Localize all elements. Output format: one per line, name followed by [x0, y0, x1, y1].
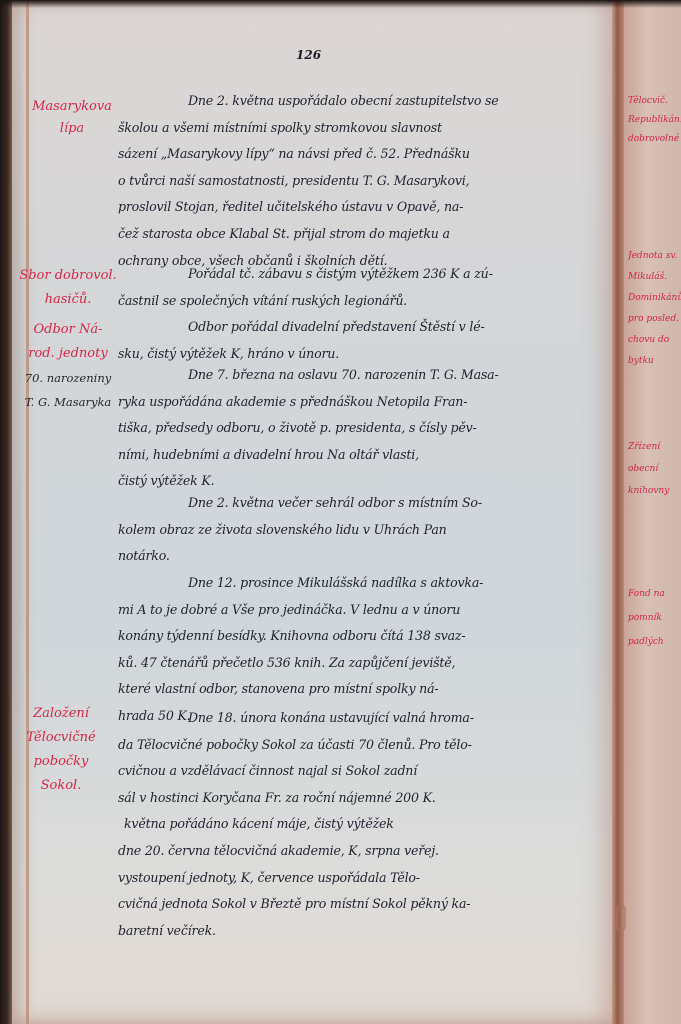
body-line: da Tělocvičné pobočky Sokol za účasti 70… [118, 732, 596, 759]
margin-note-line: Tělocvičné [16, 726, 106, 750]
page-clip-mark [616, 905, 626, 931]
right-note-line: Mikuláš. [628, 267, 681, 288]
body-section-sokol: Dne 18. února konána ustavující valná hr… [118, 705, 596, 944]
margin-note-line: lípa [22, 118, 122, 140]
body-line: ními, hudebními a divadelní hrou Na oltá… [118, 442, 596, 469]
right-note-line: Jednota sv. [628, 246, 681, 267]
body-line: notárko. [118, 543, 596, 570]
top-shadow [0, 0, 681, 8]
right-note-line: Dominikánů [628, 288, 681, 309]
body-line: Dne 12. prosince Mikulášská nadílka s ak… [118, 570, 596, 597]
body-section-hasici: Pořádal tč. zábavu s čistým výtěžkem 236… [118, 261, 596, 314]
body-line: ryka uspořádána akademie s přednáškou Ne… [118, 389, 596, 416]
margin-note-line: hasičů. [16, 288, 120, 312]
body-line: Dne 2. května večer sehrál odbor s místn… [118, 490, 596, 517]
body-line: sázení „Masarykovy lípy“ na návsi před č… [118, 141, 596, 168]
body-line: Pořádal tč. zábavu s čistým výtěžkem 236… [118, 261, 596, 288]
margin-note-line: T. G. Masaryka [14, 390, 122, 414]
margin-note-line: 70. narozeniny [14, 366, 122, 390]
margin-note-line: Sokol. [16, 774, 106, 798]
right-note-line: Republikán. [628, 111, 681, 130]
body-line: května pořádáno kácení máje, čistý výtěž… [118, 811, 596, 838]
body-line: tiška, předsedy odboru, o životě p. pres… [118, 415, 596, 442]
margin-note-line: Masarykova [22, 96, 122, 118]
body-line: Odbor pořádal divadelní představení Štěs… [118, 314, 596, 341]
body-section-pan-notarko: Dne 2. května večer sehrál odbor s místn… [118, 490, 596, 570]
book-binding-left [0, 0, 12, 1024]
body-section-masarykova-lipa: Dne 2. května uspořádalo obecní zastupit… [118, 88, 596, 274]
margin-note-odbor-narodni-jednoty: Odbor Ná- rod. jednoty [14, 318, 122, 366]
body-line: které vlastní odbor, stanovena pro místn… [118, 676, 596, 703]
body-section-odbor: Odbor pořádal divadelní představení Štěs… [118, 314, 596, 367]
body-line: čež starosta obce Klabal St. přijal stro… [118, 221, 596, 248]
right-note-line: pro posled. [628, 309, 681, 330]
body-line: cvičnou a vzdělávací činnost najal si So… [118, 758, 596, 785]
right-page-note-4: Fond na pomník padlých [628, 582, 681, 654]
right-note-line: pomník [628, 606, 681, 630]
body-section-70-narozeniny: Dne 7. března na oslavu 70. narozenin T.… [118, 362, 596, 495]
body-line: mi A to je dobré a Vše pro jedináčka. V … [118, 597, 596, 624]
margin-note-line: Založení [16, 702, 106, 726]
body-line: Dne 18. února konána ustavující valná hr… [118, 705, 596, 732]
body-line: ků. 47 čtenářů přečetlo 536 knih. Za zap… [118, 650, 596, 677]
body-line: proslovil Stojan, ředitel učitelského ús… [118, 194, 596, 221]
page-number: 126 [296, 48, 321, 62]
right-note-line: knihovny [628, 480, 681, 502]
body-line: dne 20. června tělocvičná akademie, K, s… [118, 838, 596, 865]
right-page-edge [624, 0, 681, 1024]
margin-note-70-narozeniny: 70. narozeniny T. G. Masaryka [14, 366, 122, 414]
right-page-note-3: Zřízení obecní knihovny [628, 436, 681, 502]
body-line: sál v hostinci Koryčana Fr. za roční náj… [118, 785, 596, 812]
body-line: Dne 2. května uspořádalo obecní zastupit… [118, 88, 596, 115]
right-note-line: Tělocvič. [628, 92, 681, 111]
body-line: školou a všemi místními spolky stromkovo… [118, 115, 596, 142]
right-note-line: Fond na [628, 582, 681, 606]
margin-rule [26, 0, 29, 1024]
body-line: kolem obraz ze života slovenského lidu v… [118, 517, 596, 544]
margin-note-line: Odbor Ná- [14, 318, 122, 342]
book-gutter [612, 0, 624, 1024]
right-note-line: dobrovolné [628, 130, 681, 149]
right-note-line: chovu do [628, 330, 681, 351]
margin-note-zalozeni-sokol: Založení Tělocvičné pobočky Sokol. [16, 702, 106, 798]
right-note-line: padlých [628, 630, 681, 654]
margin-note-line: rod. jednoty [14, 342, 122, 366]
margin-note-line: Sbor dobrovol. [16, 264, 120, 288]
open-book: 126 Masarykova lípa Sbor dobrovol. hasič… [0, 0, 681, 1024]
right-note-line: obecní [628, 458, 681, 480]
body-line: vystoupení jednoty, K, července uspořáda… [118, 865, 596, 892]
body-line: častnil se společných vítání ruských leg… [118, 288, 596, 315]
body-line: o tvůrci naší samostatnosti, presidentu … [118, 168, 596, 195]
body-line: konány týdenní besídky. Knihovna odboru … [118, 623, 596, 650]
margin-note-line: pobočky [16, 750, 106, 774]
body-line: baretní večírek. [118, 918, 596, 945]
right-page-note-1: Tělocvič. Republikán. dobrovolné [628, 92, 681, 149]
margin-note-masarykova-lipa: Masarykova lípa [22, 96, 122, 140]
right-note-line: Zřízení [628, 436, 681, 458]
margin-note-sbor-hasicu: Sbor dobrovol. hasičů. [16, 264, 120, 312]
body-line: Dne 7. března na oslavu 70. narozenin T.… [118, 362, 596, 389]
right-page-note-2: Jednota sv. Mikuláš. Dominikánů pro posl… [628, 246, 681, 372]
right-note-line: bytku [628, 351, 681, 372]
body-line: cvičná jednota Sokol v Březtě pro místní… [118, 891, 596, 918]
